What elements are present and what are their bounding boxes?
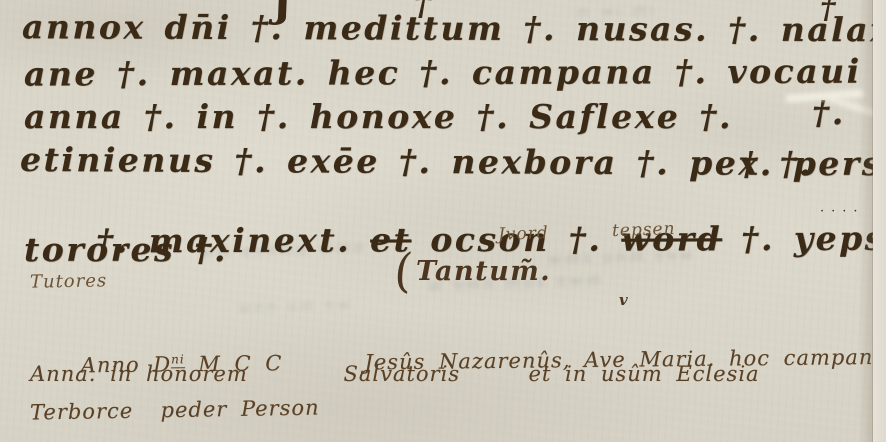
manuscript-page: ım ıw m· nmw umnes mw wes mnu smw mwn su… bbox=[0, 0, 886, 442]
bleed-through-smudge: wn mu nnw bbox=[235, 295, 351, 317]
transcription-line-3: Terborce peder Person bbox=[30, 395, 320, 424]
interlinear-gloss-tepsen: tepsen bbox=[612, 219, 676, 241]
manuscript-line-6: torores †. bbox=[24, 233, 228, 266]
check-mark: v bbox=[619, 291, 628, 309]
transcription-line-1: Anno Dni M C C Jesûs Nazarenûs, Ave Mari… bbox=[26, 320, 886, 402]
manuscript-line-3: anna †. in †. honoxe †. Saflexe †. bbox=[24, 100, 733, 133]
manuscript-line-4: etinienus †. exēe †. nexbora †. pex †. bbox=[20, 143, 813, 180]
manuscript-line-1: annox dn̄i †. medittum †. nusas. †. nala… bbox=[22, 10, 886, 47]
marginal-note-tutores: Tutores bbox=[30, 270, 108, 292]
manuscript-line-2: ane †. maxat. hec †. campana †. vocaui †… bbox=[24, 54, 886, 90]
page-fold-shadow bbox=[858, 0, 872, 442]
interlinear-gloss-jvord: Jvord bbox=[498, 223, 549, 245]
page-fold-margin bbox=[873, 0, 886, 442]
transcription-line-2: Anna. in honorem Salvatoris et in usûm E… bbox=[30, 362, 760, 386]
tantum-word: Tantum̃. bbox=[416, 256, 551, 287]
